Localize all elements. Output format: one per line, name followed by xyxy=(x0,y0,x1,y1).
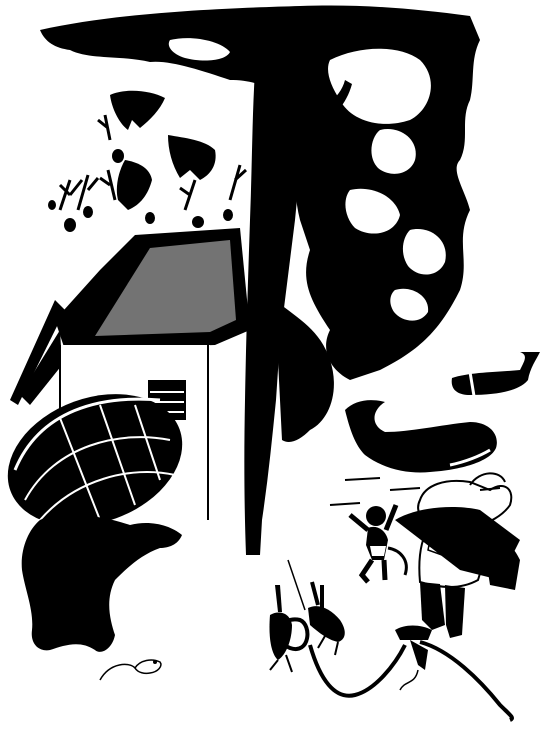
ground-marks xyxy=(330,478,500,505)
illustration xyxy=(0,0,544,730)
mouse xyxy=(100,660,161,680)
hares-skipping-rope xyxy=(269,560,511,720)
small-whale xyxy=(452,352,540,396)
monkey xyxy=(350,505,406,582)
large-whale xyxy=(345,400,497,472)
man-in-white-coat xyxy=(395,473,520,638)
hanging-birds-and-branches xyxy=(48,91,246,232)
bear xyxy=(22,515,182,652)
